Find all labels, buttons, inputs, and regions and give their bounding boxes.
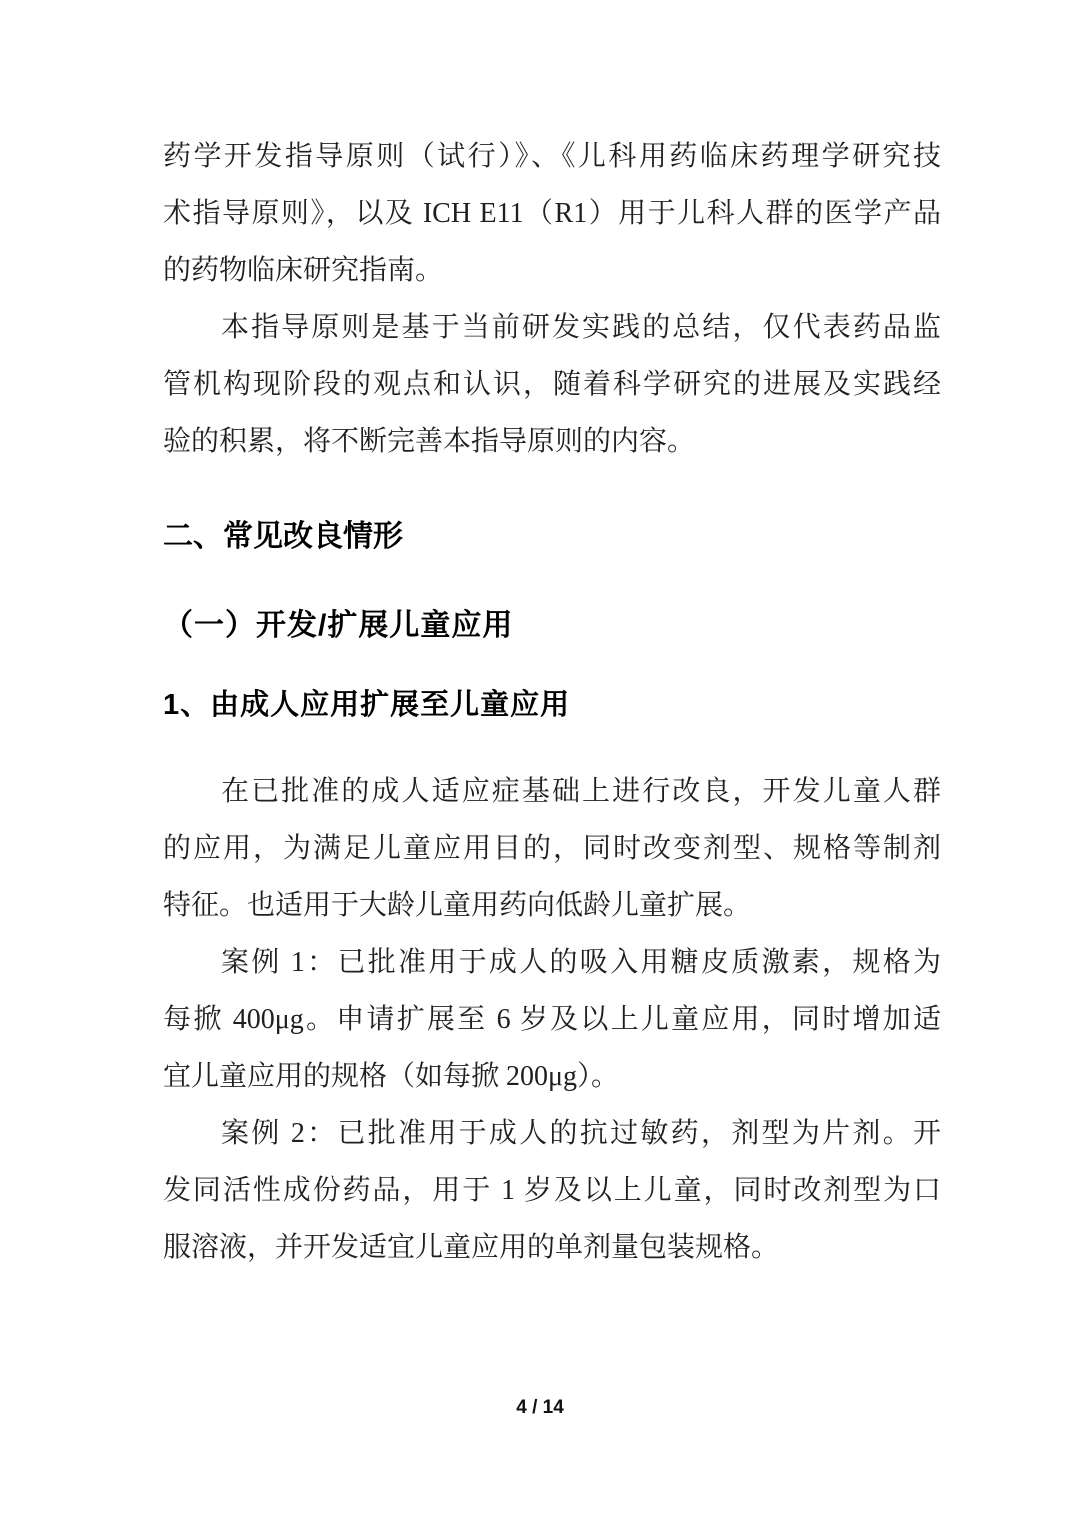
text-line: 管机构现阶段的观点和认识，随着科学研究的进展及实践经 (163, 356, 941, 413)
paragraph-case-2: 案例 2：已批准用于成人的抗过敏药，剂型为片剂。开 发同活性成份药品，用于 1 … (163, 1105, 941, 1276)
paragraph-intro-scope: 本指导原则是基于当前研发实践的总结，仅代表药品监 管机构现阶段的观点和认识，随着… (163, 299, 941, 470)
text-line: 特征。也适用于大龄儿童用药向低龄儿童扩展。 (163, 877, 941, 934)
text-line: 的药物临床研究指南。 (163, 242, 941, 299)
page-number-footer: 4 / 14 (0, 1398, 1080, 1418)
text-line: 服溶液，并开发适宜儿童应用的单剂量包装规格。 (163, 1219, 941, 1276)
text-line: 的应用，为满足儿童应用目的，同时改变剂型、规格等制剂 (163, 820, 941, 877)
paragraph-description: 在已批准的成人适应症基础上进行改良，开发儿童人群 的应用，为满足儿童应用目的，同… (163, 763, 941, 934)
text-line: 案例 1：已批准用于成人的吸入用糖皮质激素，规格为 (163, 934, 941, 991)
section-heading: 二、常见改良情形 (163, 508, 941, 565)
text-line: 本指导原则是基于当前研发实践的总结，仅代表药品监 (163, 299, 941, 356)
text-line: 术指导原则》，以及 ICH E11（R1）用于儿科人群的医学产品 (163, 185, 941, 242)
text-line: 发同活性成份药品，用于 1 岁及以上儿童，同时改剂型为口 (163, 1162, 941, 1219)
text-line: 案例 2：已批准用于成人的抗过敏药，剂型为片剂。开 (163, 1105, 941, 1162)
text-line: 宜儿童应用的规格（如每掀 200μg）。 (163, 1048, 941, 1105)
text-line: 验的积累，将不断完善本指导原则的内容。 (163, 413, 941, 470)
text-line: 药学开发指导原则（试行）》、《儿科用药临床药理学研究技 (163, 128, 941, 185)
paragraph-case-1: 案例 1：已批准用于成人的吸入用糖皮质激素，规格为 每掀 400μg。申请扩展至… (163, 934, 941, 1105)
text-line: 在已批准的成人适应症基础上进行改良，开发儿童人群 (163, 763, 941, 820)
subsection-heading: （一）开发/扩展儿童应用 (163, 597, 941, 654)
document-page: 药学开发指导原则（试行）》、《儿科用药临床药理学研究技 术指导原则》，以及 IC… (0, 0, 1080, 1528)
paragraph-continuation: 药学开发指导原则（试行）》、《儿科用药临床药理学研究技 术指导原则》，以及 IC… (163, 128, 941, 299)
document-content: 药学开发指导原则（试行）》、《儿科用药临床药理学研究技 术指导原则》，以及 IC… (163, 128, 941, 1276)
subsubsection-heading: 1、由成人应用扩展至儿童应用 (163, 677, 941, 734)
text-line: 每掀 400μg。申请扩展至 6 岁及以上儿童应用，同时增加适 (163, 991, 941, 1048)
